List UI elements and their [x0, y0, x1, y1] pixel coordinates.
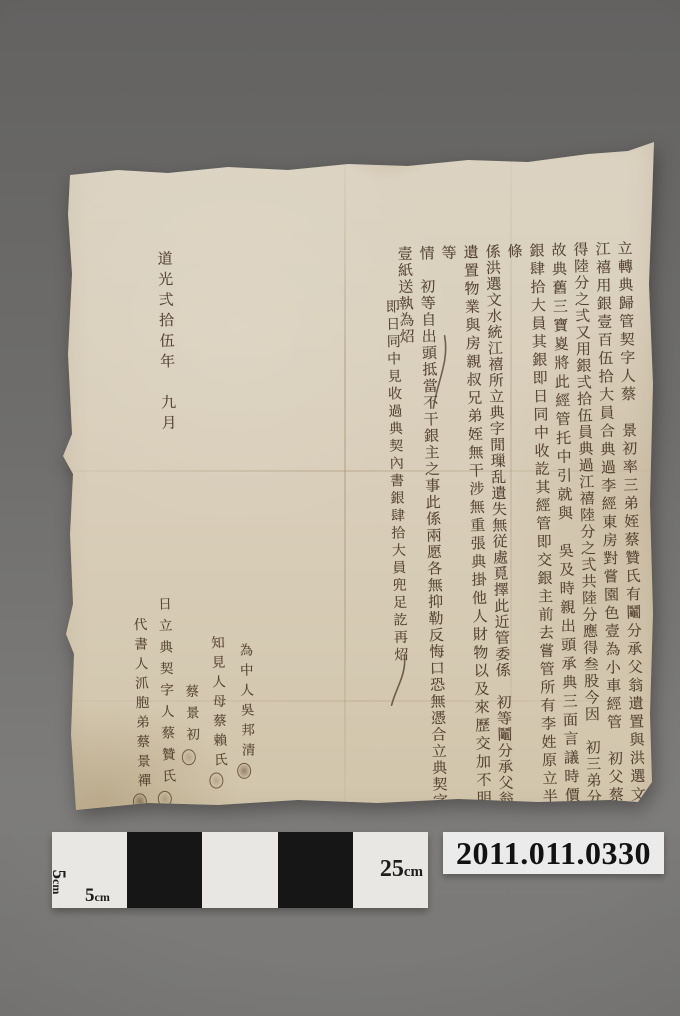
- accession-number: 2011.011.0330: [456, 835, 651, 872]
- signature-column-maker: 日立典契字人蔡贊氏: [153, 597, 178, 807]
- signature-column-middleman: 為中人吳邦清: [234, 643, 257, 779]
- scale-square-white-1: 5cm 5cm: [52, 832, 127, 908]
- scale-unit: cm: [404, 864, 423, 881]
- scale-number: 5: [85, 885, 95, 907]
- accession-label: 2011.011.0330: [443, 832, 664, 874]
- signature-mark-icon: [182, 749, 196, 765]
- signature-text: 為中人吳邦清: [236, 643, 255, 763]
- date-column: 道光弍拾伍年 九月: [152, 250, 181, 435]
- main-text-block: 立轉典歸管契字人蔡 景初率三弟姪蔡贊氏有鬮分承父翁遺置與洪選文 江禧用銀壹百伍拾…: [393, 240, 649, 816]
- scale-square-black-2: [278, 832, 353, 908]
- scale-unit: cm: [95, 890, 110, 905]
- paper-sheet: 立轉典歸管契字人蔡 景初率三弟姪蔡贊氏有鬮分承父翁遺置與洪選文 江禧用銀壹百伍拾…: [58, 134, 658, 818]
- signature-mark-icon: [209, 772, 223, 788]
- signature-text: 蔡景初: [182, 684, 200, 749]
- scale-number: 5: [47, 870, 69, 880]
- signature-text: 知見人母蔡賴氏: [208, 635, 227, 772]
- photo-stage: 立轉典歸管契字人蔡 景初率三弟姪蔡贊氏有鬮分承父翁遺置與洪選文 江禧用銀壹百伍拾…: [0, 0, 680, 1016]
- scale-label-25cm: 25cm: [380, 856, 423, 883]
- signature-mark-icon: [237, 763, 251, 779]
- signature-text: 代書人沠胞弟蔡景禪: [130, 617, 150, 793]
- signature-column-scribe: 代書人沠胞弟蔡景禪: [128, 617, 153, 809]
- document-photo: 立轉典歸管契字人蔡 景初率三弟姪蔡贊氏有鬮分承父翁遺置與洪選文 江禧用銀壹百伍拾…: [58, 134, 658, 818]
- signature-column-maker-2: 蔡景初: [180, 684, 202, 765]
- signature-mark-icon: [133, 793, 147, 809]
- scale-square-white-2: [202, 832, 277, 908]
- scale-bar: 5cm 5cm 25cm: [52, 832, 428, 908]
- signature-text: 日立典契字人蔡贊氏: [155, 597, 176, 791]
- signature-column-witness: 知見人母蔡賴氏: [206, 635, 230, 788]
- scale-square-white-3: 25cm: [353, 832, 428, 908]
- scale-unit: cm: [49, 879, 64, 894]
- scale-label-5cm-vertical: 5cm: [53, 862, 69, 902]
- handwritten-content: 立轉典歸管契字人蔡 景初率三弟姪蔡贊氏有鬮分承父翁遺置與洪選文 江禧用銀壹百伍拾…: [50, 127, 667, 825]
- scale-label-5cm: 5cm: [85, 885, 110, 907]
- signature-mark-icon: [158, 790, 172, 806]
- scale-square-black-1: [127, 832, 202, 908]
- scale-number: 25: [380, 856, 404, 883]
